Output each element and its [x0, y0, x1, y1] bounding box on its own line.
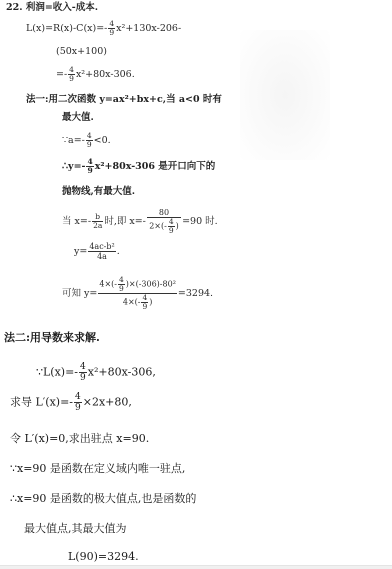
profit-definition: 利润=收入-成本. [26, 2, 98, 13]
fraction: 4×(-49)×(-306)-80²4×(-49) [98, 276, 177, 311]
max-point-line: ∴x=90 是函数的极大值点,也是函数的 [10, 493, 196, 505]
fraction: 49 [86, 158, 93, 175]
problem-header: 22. 利润=收入-成本. [6, 2, 98, 14]
fraction: 802×(-49) [147, 208, 181, 235]
stationary-point-line: 令 L′(x)=0,求出驻点 x=90. [10, 433, 149, 445]
profit-equation-line2: (50x+100) [56, 46, 107, 58]
fraction: 49 [86, 132, 93, 149]
fraction: 49 [79, 362, 87, 383]
fraction: 49 [68, 66, 75, 83]
fraction: 49 [108, 20, 115, 37]
max-value-intro: 最大值点,其最大值为 [24, 523, 127, 535]
vertex-x-line: 当 x=-b2a时,即 x=-802×(-49)=90 时. [62, 208, 218, 235]
since-a-line: ∵a=-49<0. [62, 132, 111, 149]
derivative-line: 求导 L′(x)=-49×2x+80, [10, 392, 132, 413]
therefore-parabola-line: ∴y=-49x²+80x-306 是开口向下的 [62, 158, 215, 175]
method2-heading: 法二:用导数来求解. [4, 332, 100, 344]
method1-heading-cont: 最大值. [62, 112, 94, 124]
since-L-line: ∵L(x)=-49x²+80x-306, [36, 362, 156, 383]
fraction: 4ac-b²4a [88, 242, 115, 261]
parabola-max-line: 抛物线,有最大值. [62, 186, 135, 198]
max-value-result: L(90)=3294. [68, 551, 139, 563]
scan-smudge [240, 30, 330, 160]
method1-heading: 法一:用二次函数 y=ax²+bx+c,当 a<0 时有 [26, 94, 222, 106]
page-bottom-edge [0, 565, 392, 569]
problem-number: 22. [6, 2, 23, 13]
unique-stationary-line: ∵x=90 是函数在定义域内唯一驻点, [10, 463, 185, 475]
vertex-y-formula: y=4ac-b²4a. [74, 242, 120, 261]
profit-equation-line3: =-49x²+80x-306. [56, 66, 135, 83]
fraction: b2a [92, 213, 103, 230]
fraction: 49 [74, 392, 82, 413]
profit-equation-line1: L(x)=R(x)-C(x)=-49x²+130x-206- [26, 20, 181, 37]
vertex-y-value: 可知 y=4×(-49)×(-306)-80²4×(-49)=3294. [62, 276, 213, 311]
